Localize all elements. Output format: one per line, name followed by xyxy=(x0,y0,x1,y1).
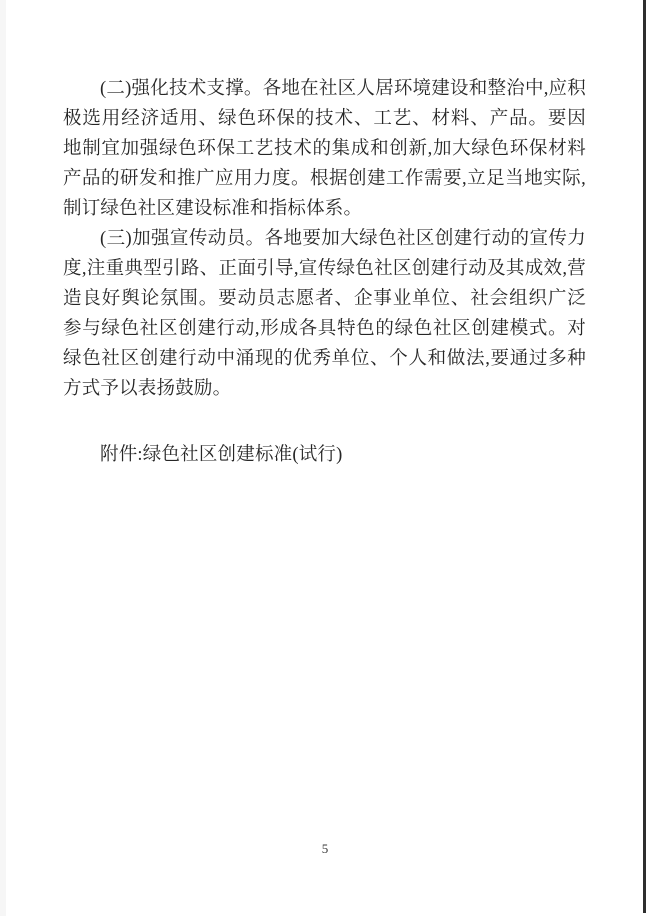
paragraph-publicity-mobilization: (三)加强宣传动员。各地要加大绿色社区创建行动的宣传力度,注重典型引路、正面引导… xyxy=(63,224,586,404)
attachment-line: 附件:绿色社区创建标准(试行) xyxy=(63,440,586,470)
scan-edge-right xyxy=(643,0,646,913)
page-number: 5 xyxy=(0,841,650,857)
document-content: (二)强化技术支撑。各地在社区人居环境建设和整治中,应积极选用经济适用、绿色环保… xyxy=(63,74,586,470)
document-page: (二)强化技术支撑。各地在社区人居环境建设和整治中,应积极选用经济适用、绿色环保… xyxy=(0,0,650,916)
paragraph-technical-support: (二)强化技术支撑。各地在社区人居环境建设和整治中,应积极选用经济适用、绿色环保… xyxy=(63,74,586,224)
scan-edge-left xyxy=(0,0,6,916)
